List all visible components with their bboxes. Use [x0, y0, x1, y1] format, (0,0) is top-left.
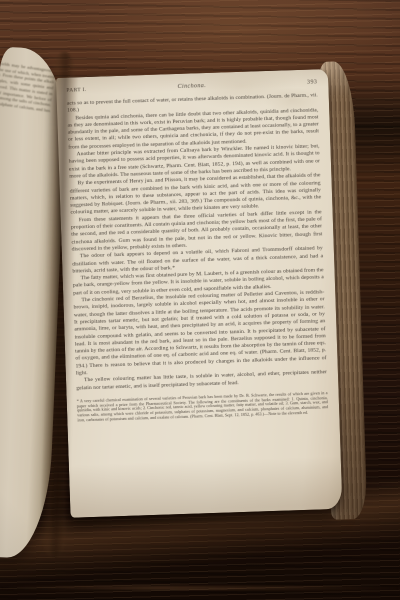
table-edge-glint	[0, 586, 400, 590]
page-body: acts so as to prevent the full contact o…	[67, 92, 328, 392]
right-page: PART I. Cinchona. 393 acts so as to prev…	[56, 69, 342, 518]
book-photo: the alkaloids and the crystals which the…	[0, 0, 400, 600]
page-number: 393	[273, 79, 317, 86]
paragraph: The cinchonic red of Berzelius, the inso…	[73, 289, 327, 378]
footnote: * A very careful chemical examination of…	[77, 391, 329, 423]
page-header: PART I. Cinchona. 393	[66, 79, 317, 93]
running-head-title: Cinchona.	[110, 81, 273, 92]
